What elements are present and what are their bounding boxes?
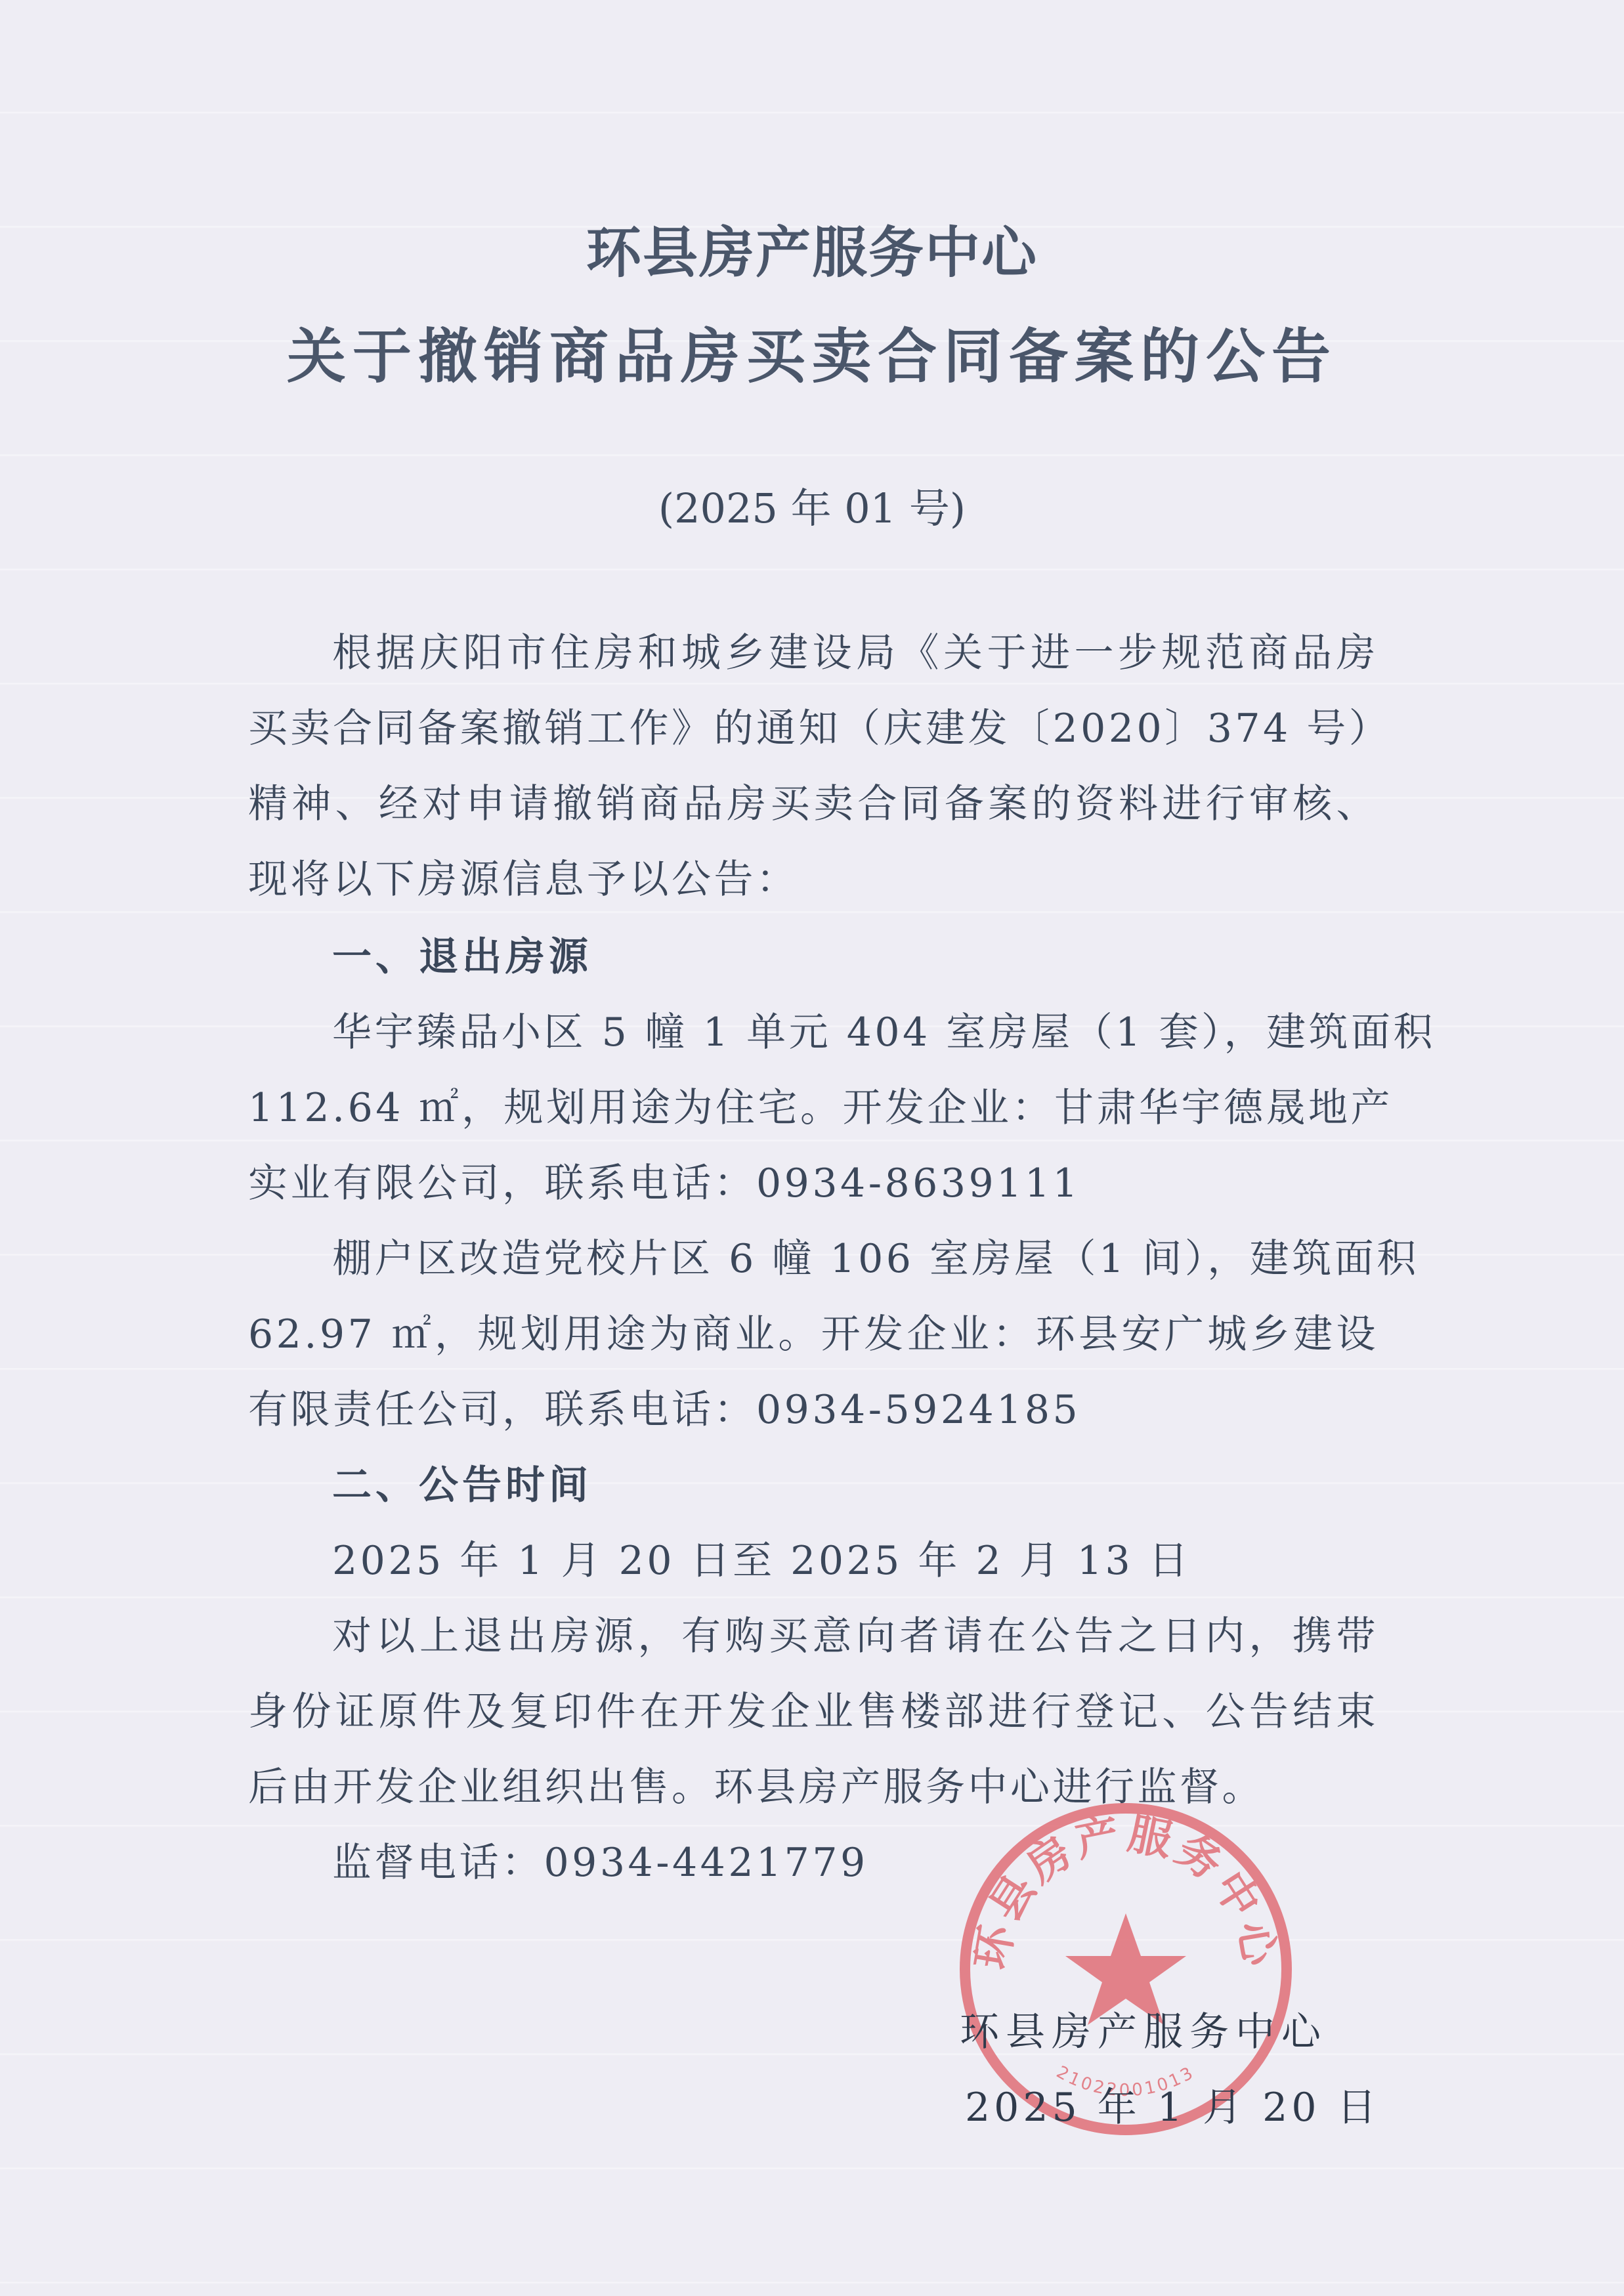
title-subject: 关于撤销商品房买卖合同备案的公告 bbox=[0, 308, 1624, 394]
section2-heading: 二、公告时间 bbox=[332, 1459, 1378, 1512]
property2-line-1: 棚户区改造党校片区 6 幢 106 室房屋（1 间），建筑面积 bbox=[332, 1233, 1378, 1285]
property2-line-2: 62.97 ㎡，规划用途为商业。开发企业：环县安广城乡建设 bbox=[248, 1308, 1378, 1361]
property1-line-3: 实业有限公司，联系电话：0934-8639111 bbox=[248, 1157, 1378, 1210]
intro-line-4: 现将以下房源信息予以公告： bbox=[248, 853, 1378, 906]
property1-line-2: 112.64 ㎡，规划用途为住宅。开发企业：甘肃华宇德晟地产 bbox=[248, 1082, 1378, 1134]
signature-date: 2025 年 1 月 20 日 bbox=[965, 2076, 1380, 2133]
announcement-period: 2025 年 1 月 20 日至 2025 年 2 月 13 日 bbox=[332, 1535, 1378, 1587]
document-number: (2025 年 01 号) bbox=[0, 476, 1624, 534]
signature-organization: 环县房产服务中心 bbox=[960, 2001, 1327, 2057]
closing-line-2: 身份证原件及复印件在开发企业售楼部进行登记、公告结束 bbox=[248, 1686, 1378, 1738]
property1-line-1: 华宇臻品小区 5 幢 1 单元 404 室房屋（1 套），建筑面积 bbox=[332, 1006, 1378, 1059]
intro-line-3: 精神、经对申请撤销商品房买卖合同备案的资料进行审核、 bbox=[248, 778, 1378, 830]
section1-heading: 一、退出房源 bbox=[332, 931, 1378, 983]
title-organization: 环县房产服务中心 bbox=[0, 209, 1624, 288]
closing-line-1: 对以上退出房源，有购买意向者请在公告之日内，携带 bbox=[332, 1610, 1378, 1663]
property2-line-3: 有限责任公司，联系电话：0934-5924185 bbox=[248, 1384, 1378, 1436]
intro-line-1: 根据庆阳市住房和城乡建设局《关于进一步规范商品房 bbox=[332, 627, 1378, 679]
intro-line-2: 买卖合同备案撤销工作》的通知（庆建发〔2020〕374 号） bbox=[248, 702, 1378, 755]
